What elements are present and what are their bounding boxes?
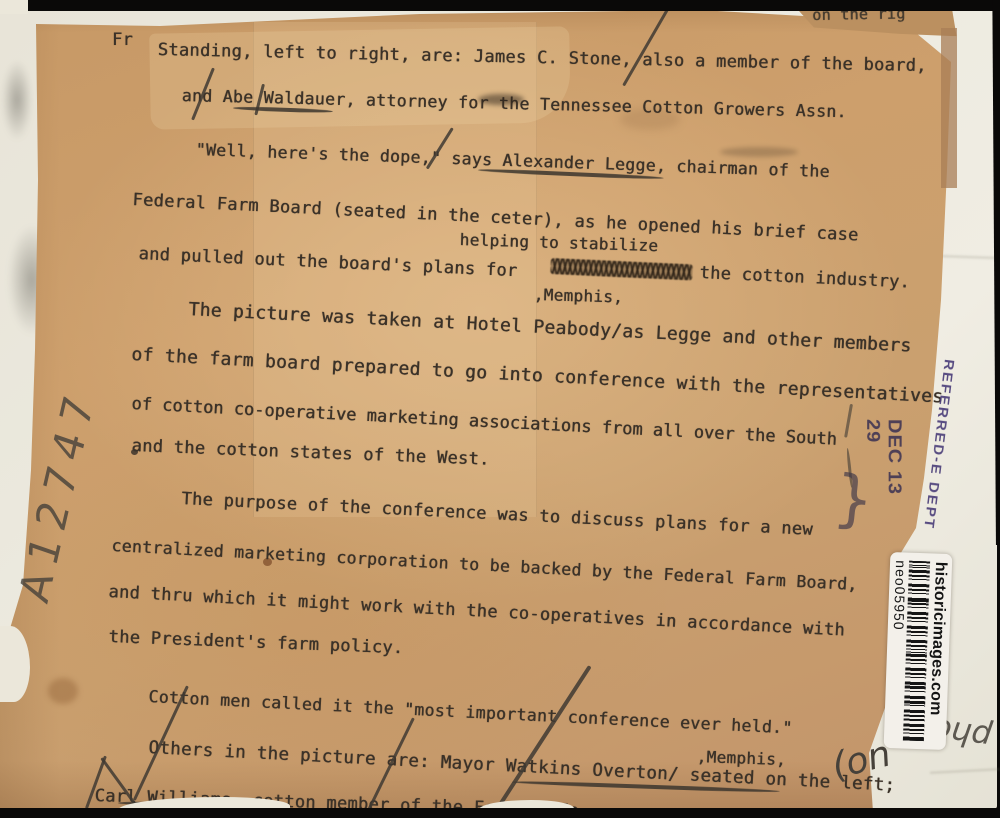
tape-edge <box>941 28 957 188</box>
scanned-photo-back: on the rig Fr Standing, left to right, a… <box>0 0 1000 818</box>
scan-border-bottom <box>0 808 1000 818</box>
typed-line-insertion: ,Memphis, <box>533 285 623 306</box>
barcode-sticker: historicimages.com neo05950 <box>884 552 953 750</box>
torn-paper-bit <box>0 0 28 14</box>
erased-word-smudge <box>478 94 524 105</box>
pencil-smudge <box>2 60 32 140</box>
typed-line-insertion: ,Memphis, <box>696 747 786 769</box>
typed-line: Fr <box>112 30 133 50</box>
scan-border-top <box>0 0 1000 11</box>
date-received-stamp: DEC 13 29 <box>862 419 904 519</box>
erased-word-smudge <box>720 147 798 157</box>
